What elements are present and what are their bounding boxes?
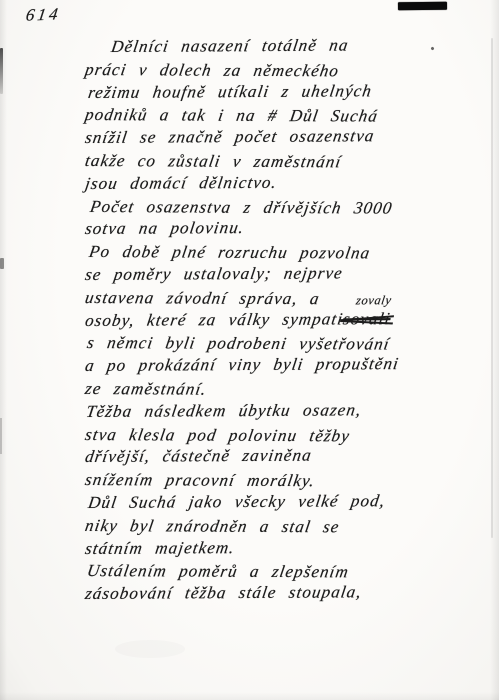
handwriting-line: se poměry ustalovaly; nejprve: [83, 263, 487, 288]
scan-mark-top-right: [398, 2, 447, 11]
handwritten-text-block: Dělníci nasazení totálně na práci v dole…: [85, 37, 485, 607]
correction-group: sovalizovaly: [342, 309, 392, 328]
scanned-page: { "document": { "kind": "scanned handwri…: [0, 0, 499, 700]
scan-edge-shadow-bottom: [0, 692, 499, 700]
page-number: 614: [24, 4, 62, 25]
scan-artifact-left-streak: [0, 48, 3, 94]
scan-artifact-right-line: [491, 38, 493, 538]
handwriting-line: a po prokázání viny byli propuštěni: [83, 354, 487, 379]
handwriting-line: sotva na polovinu.: [83, 217, 487, 242]
handwriting-line-with-correction: osoby, které za války sympatisovalizoval…: [83, 308, 487, 333]
handwriting-line: Těžba následkem úbytku osazen,: [84, 399, 487, 424]
handwriting-line: Dělníci nasazení totálně na: [109, 35, 487, 60]
line-text: osoby, které za války sympati: [84, 309, 345, 330]
scan-artifact-left-smudge: [0, 418, 2, 454]
handwriting-line: dřívější, částečně zaviněna: [83, 445, 487, 470]
scan-artifact-bottom-smudge: [115, 640, 185, 658]
handwriting-line: jsou domácí dělnictvo.: [83, 171, 487, 196]
handwriting-line: zásobování těžba stále stoupala,: [83, 582, 487, 607]
handwriting-line: Důl Suchá jako všecky velké pod,: [86, 491, 487, 516]
scan-edge-shadow-left: [0, 0, 7, 700]
handwriting-line: snížil se značně počet osazenstva: [83, 126, 487, 151]
handwriting-line: režimu houfně utíkali z uhelných: [86, 80, 487, 105]
struck-word: sovali: [342, 309, 392, 328]
scan-artifact-left-mark: [0, 258, 4, 269]
handwriting-line: státním majetkem.: [83, 536, 487, 561]
inserted-correction-word: zovaly: [355, 293, 393, 308]
